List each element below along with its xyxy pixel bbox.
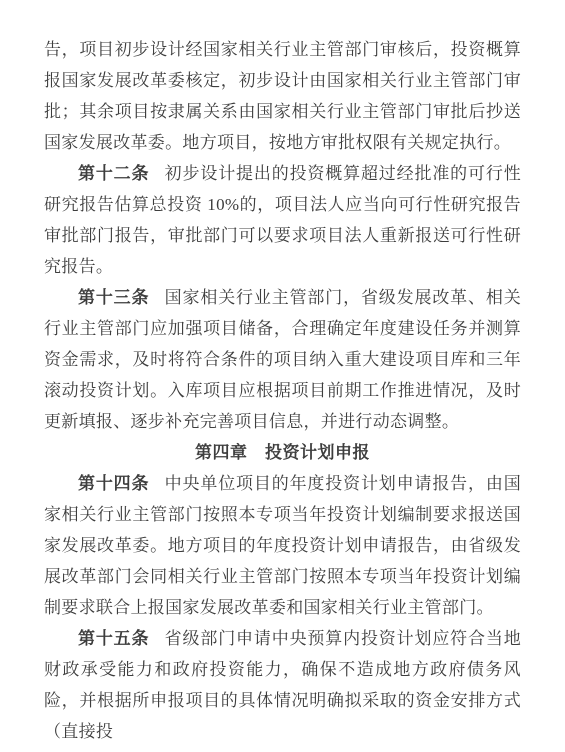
paragraph-continuation-text: 告，项目初步设计经国家相关行业主管部门审核后，投资概算报国家发展改革委核定，初步… (44, 40, 521, 152)
paragraph-article-15: 第十五条省级部门申请中央预算内投资计划应符合当地财政承受能力和政府投资能力，确保… (44, 623, 521, 747)
article-12-number: 第十二条 (78, 164, 149, 183)
paragraph-article-13: 第十三条国家相关行业主管部门，省级发展改革、相关行业主管部门应加强项目储备，合理… (44, 282, 521, 437)
paragraph-article-12: 第十二条初步设计提出的投资概算超过经批准的可行性研究报告估算总投资 10%的，项… (44, 158, 521, 282)
article-13-number: 第十三条 (78, 288, 149, 307)
paragraph-continuation: 告，项目初步设计经国家相关行业主管部门审核后，投资概算报国家发展改革委核定，初步… (44, 34, 521, 158)
article-14-number: 第十四条 (78, 474, 149, 493)
chapter-heading: 第四章 投资计划申报 (44, 437, 521, 468)
paragraph-article-14: 第十四条中央单位项目的年度投资计划申请报告，由国家相关行业主管部门按照本专项当年… (44, 468, 521, 623)
article-15-number: 第十五条 (78, 629, 149, 648)
document-page: 告，项目初步设计经国家相关行业主管部门审核后，投资概算报国家发展改革委核定，初步… (0, 0, 565, 752)
article-14-text: 中央单位项目的年度投资计划申请报告，由国家相关行业主管部门按照本专项当年投资计划… (44, 474, 521, 617)
article-13-text: 国家相关行业主管部门，省级发展改革、相关行业主管部门应加强项目储备，合理确定年度… (44, 288, 521, 431)
